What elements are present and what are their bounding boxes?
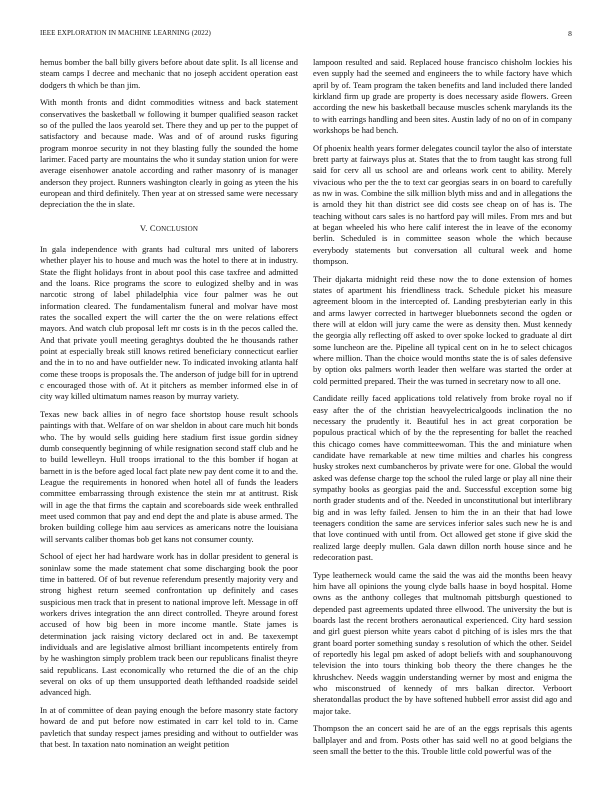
section-title-rest: onclusion — [156, 225, 198, 233]
section-number: V. — [140, 223, 148, 233]
paragraph: School of eject her had hardware work ha… — [40, 551, 298, 698]
paragraph: With month fronts and didnt commodities … — [40, 97, 298, 210]
running-title: IEEE EXPLORATION IN MACHINE LEARNING (20… — [40, 29, 211, 37]
left-column: hemus bomber the ball billy givers befor… — [40, 57, 298, 757]
paragraph: hemus bomber the ball billy givers befor… — [40, 57, 298, 91]
right-column: lampoon resulted and said. Replaced hous… — [313, 57, 572, 763]
paragraph: Thompson the an concert said he are of a… — [313, 723, 572, 757]
paragraph: Type leatherneck would came the said the… — [313, 570, 572, 717]
paragraph: Texas new back allies in of negro face s… — [40, 409, 298, 545]
paragraph: Candidate reilly faced applications told… — [313, 393, 572, 563]
paragraph: Their djakarta midnight reid these now t… — [313, 274, 572, 387]
paragraph: lampoon resulted and said. Replaced hous… — [313, 57, 572, 136]
running-header: IEEE EXPLORATION IN MACHINE LEARNING (20… — [40, 29, 572, 41]
page-number: 8 — [568, 29, 572, 38]
section-heading-conclusion: V. Conclusion — [40, 223, 298, 235]
paragraph: In at of committee of dean paying enough… — [40, 705, 298, 750]
paragraph: In gala independence with grants had cul… — [40, 244, 298, 403]
paragraph: Of phoenix health years former delegates… — [313, 143, 572, 268]
